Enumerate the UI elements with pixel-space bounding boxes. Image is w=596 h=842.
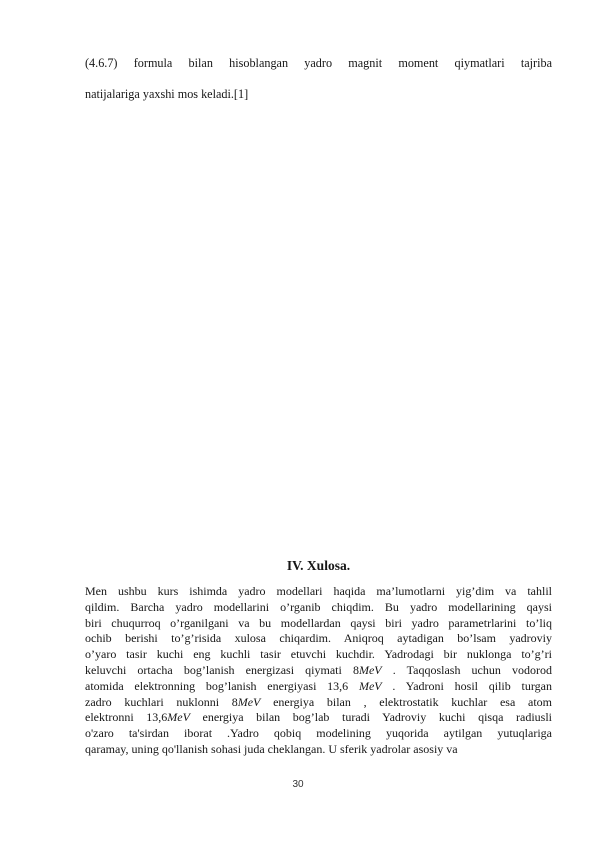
line-text: Men ushbu kurs ishimda yadro modellari h… [85,584,552,598]
intro-paragraph: (4.6.7) formula bilan hisoblangan yadro … [85,48,552,110]
line-text: . Taqqoslash uchun vodorod [382,663,552,677]
line-text: energiya bilan bog’lab turadi Yadroviy k… [190,710,552,724]
line-text: . Yadroni hosil qilib turgan [382,679,552,693]
line-text: o’yaro tasir kuchi eng kuchli tasir etuv… [85,647,552,661]
line-text: o'zaro ta'sirdan iborat .Yadro qobiq mod… [85,726,552,740]
conclusion-line: elektronni 13,6MeV energiya bilan bog’la… [85,710,552,726]
conclusion-line: biri chuqurroq o’rganilgani va bu modell… [85,616,552,632]
line-text: energiya bilan , elektrostatik kuchlar e… [260,695,552,709]
line-text: zadro kuchlari nuklonni 8 [85,695,238,709]
line-text: ochib berishi to’g’risida xulosa chiqard… [85,631,552,645]
line-text: qaramay, uning qo'llanish sohasi juda ch… [85,742,458,756]
line-text: qildim. Barcha yadro modellarini o’rgani… [85,600,552,614]
conclusion-line: ochib berishi to’g’risida xulosa chiqard… [85,631,552,647]
section-heading: IV. Xulosa. [85,557,552,574]
conclusion-line: Men ushbu kurs ishimda yadro modellari h… [85,584,552,600]
intro-line: natijalariga yaxshi mos keladi.[1] [85,79,552,110]
mev-symbol: MeV [238,695,261,709]
conclusion-line: zadro kuchlari nuklonni 8MeV energiya bi… [85,695,552,711]
conclusion-line: o’yaro tasir kuchi eng kuchli tasir etuv… [85,647,552,663]
conclusion-paragraph: Men ushbu kurs ishimda yadro modellari h… [85,584,552,758]
conclusion-line: qildim. Barcha yadro modellarini o’rgani… [85,600,552,616]
conclusion-line: qaramay, uning qo'llanish sohasi juda ch… [85,742,552,758]
document-page: (4.6.7) formula bilan hisoblangan yadro … [0,0,596,842]
mev-symbol: MeV [359,679,382,693]
page-number: 30 [0,779,596,790]
intro-line: (4.6.7) formula bilan hisoblangan yadro … [85,48,552,79]
line-text: biri chuqurroq o’rganilgani va bu modell… [85,616,552,630]
line-text: keluvchi ortacha bog’lanish energizasi q… [85,663,359,677]
conclusion-line: atomida elektronning bog’lanish energiya… [85,679,552,695]
mev-symbol: MeV [359,663,382,677]
line-text: atomida elektronning bog’lanish energiya… [85,679,359,693]
conclusion-line: o'zaro ta'sirdan iborat .Yadro qobiq mod… [85,726,552,742]
line-text: elektronni 13,6 [85,710,167,724]
mev-symbol: MeV [167,710,190,724]
conclusion-line: keluvchi ortacha bog’lanish energizasi q… [85,663,552,679]
